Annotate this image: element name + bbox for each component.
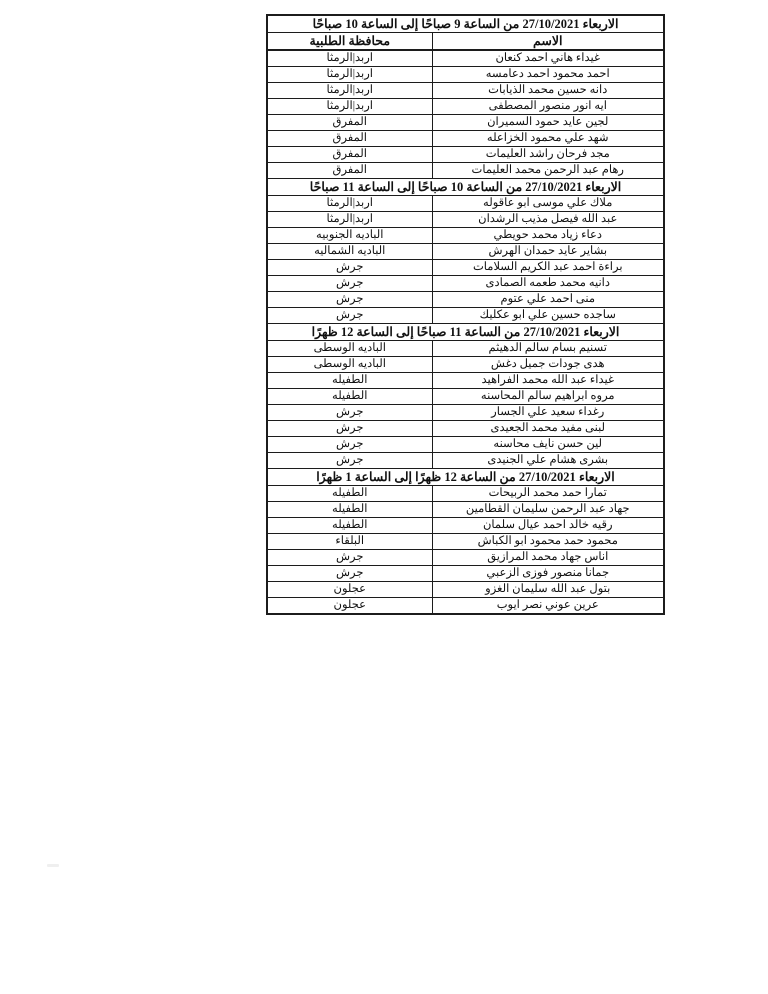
student-governorate: جرش [267,260,432,276]
student-name: عبد الله فيصل مذيب الرشدان [432,212,664,228]
student-governorate: جرش [267,405,432,421]
table-row: دانيه محمد طعمه الصمادىجرش [267,276,664,292]
table-row: عبد الله فيصل مذيب الرشداناربد|الرمثا [267,212,664,228]
section-header-row: الاربعاء 27/10/2021 من الساعة 12 ظهرًا إ… [267,469,664,486]
student-name: لجين عايد حمود السميران [432,115,664,131]
section-header-row: الاربعاء 27/10/2021 من الساعة 11 صباحًا … [267,324,664,341]
student-governorate: عجلون [267,598,432,615]
student-governorate: اربد|الرمثا [267,67,432,83]
student-governorate: الطفيله [267,389,432,405]
student-name: محمود حمد محمود ابو الكباش [432,534,664,550]
student-name: لين حسن نايف محاسنه [432,437,664,453]
student-name: مروه ابراهيم سالم المحاسنه [432,389,664,405]
student-name: دعاء زياد محمد حويطي [432,228,664,244]
student-name: جمانا منصور فوزى الزعبي [432,566,664,582]
table-row: رقيه خالد احمد عيال سلمانالطفيله [267,518,664,534]
column-header-governorate: محافظة الطلبية [267,33,432,51]
table-row: منى احمد علي عتومجرش [267,292,664,308]
student-governorate: جرش [267,308,432,324]
table-row: هدى جودات جميل دغشالباديه الوسطى [267,357,664,373]
table-row: رغداء سعيد علي الجسارجرش [267,405,664,421]
table-row: ايه انور منصور المصطفىاربد|الرمثا [267,99,664,115]
table-row: دانه حسين محمد الذياباتاربد|الرمثا [267,83,664,99]
schedule-table-body: الاربعاء 27/10/2021 من الساعة 9 صباحًا إ… [267,15,664,614]
student-name: اناس جهاد محمد المرازيق [432,550,664,566]
table-row: دعاء زياد محمد حويطيالباديه الجنوبيه [267,228,664,244]
section-header: الاربعاء 27/10/2021 من الساعة 10 صباحًا … [267,179,664,196]
document-page: الاربعاء 27/10/2021 من الساعة 9 صباحًا إ… [0,0,768,994]
column-header-row: الاسممحافظة الطلبية [267,33,664,51]
student-name: دانه حسين محمد الذيابات [432,83,664,99]
student-governorate: المفرق [267,131,432,147]
student-schedule-table: الاربعاء 27/10/2021 من الساعة 9 صباحًا إ… [266,14,665,615]
scan-artifact [47,864,59,867]
student-governorate: الباديه الوسطى [267,357,432,373]
student-governorate: جرش [267,566,432,582]
student-governorate: عجلون [267,582,432,598]
section-header: الاربعاء 27/10/2021 من الساعة 12 ظهرًا إ… [267,469,664,486]
student-name: منى احمد علي عتوم [432,292,664,308]
student-governorate: الباديه الجنوبيه [267,228,432,244]
student-governorate: اربد|الرمثا [267,83,432,99]
table-row: اناس جهاد محمد المرازيقجرش [267,550,664,566]
table-row: ملاك علي موسى ابو عاقولهاربد|الرمثا [267,196,664,212]
student-name: بشرى هشام علي الجنيدى [432,453,664,469]
student-name: جهاد عبد الرحمن سليمان القطامين [432,502,664,518]
student-name: عرين عوني نصر ايوب [432,598,664,615]
student-governorate: الطفيله [267,486,432,502]
table-row: غيداء عبد الله محمد الفراهيدالطفيله [267,373,664,389]
section-header: الاربعاء 27/10/2021 من الساعة 9 صباحًا إ… [267,15,664,33]
student-name: تسنيم بسام سالم الدهيثم [432,341,664,357]
table-row: احمد محمود احمد دعامسهاربد|الرمثا [267,67,664,83]
table-row: تمارا حمد محمد الربيحاتالطفيله [267,486,664,502]
student-name: دانيه محمد طعمه الصمادى [432,276,664,292]
student-name: بشاير عايد حمدان الهرش [432,244,664,260]
student-name: براءة احمد عبد الكريم السلامات [432,260,664,276]
table-row: مروه ابراهيم سالم المحاسنهالطفيله [267,389,664,405]
student-name: ملاك علي موسى ابو عاقوله [432,196,664,212]
table-row: مجد فرحان راشد العليماتالمفرق [267,147,664,163]
student-governorate: جرش [267,276,432,292]
student-name: شهد علي محمود الخزاعله [432,131,664,147]
student-governorate: جرش [267,292,432,308]
table-row: براءة احمد عبد الكريم السلاماتجرش [267,260,664,276]
table-row: لجين عايد حمود السميرانالمفرق [267,115,664,131]
student-name: رغداء سعيد علي الجسار [432,405,664,421]
table-row: جهاد عبد الرحمن سليمان القطامينالطفيله [267,502,664,518]
student-governorate: اربد|الرمثا [267,99,432,115]
table-row: بشاير عايد حمدان الهرشالباديه الشماليه [267,244,664,260]
student-governorate: البلقاء [267,534,432,550]
table-row: بتول عبد الله سليمان الغزوعجلون [267,582,664,598]
student-governorate: الباديه الوسطى [267,341,432,357]
student-name: ايه انور منصور المصطفى [432,99,664,115]
student-name: بتول عبد الله سليمان الغزو [432,582,664,598]
table-row: ساجده حسين علي ابو عكليكجرش [267,308,664,324]
student-governorate: المفرق [267,163,432,179]
student-name: رقيه خالد احمد عيال سلمان [432,518,664,534]
student-governorate: جرش [267,550,432,566]
table-row: عرين عوني نصر ايوبعجلون [267,598,664,615]
student-governorate: اربد|الرمثا [267,196,432,212]
student-name: احمد محمود احمد دعامسه [432,67,664,83]
student-name: غيداء هاني احمد كنعان [432,50,664,67]
table-row: بشرى هشام علي الجنيدىجرش [267,453,664,469]
student-governorate: الطفيله [267,373,432,389]
table-row: محمود حمد محمود ابو الكباشالبلقاء [267,534,664,550]
section-header-row: الاربعاء 27/10/2021 من الساعة 9 صباحًا إ… [267,15,664,33]
table-row: جمانا منصور فوزى الزعبيجرش [267,566,664,582]
student-governorate: جرش [267,421,432,437]
table-row: لبنى مفيد محمد الجعيدىجرش [267,421,664,437]
student-name: ساجده حسين علي ابو عكليك [432,308,664,324]
column-header-name: الاسم [432,33,664,51]
table-row: لين حسن نايف محاسنهجرش [267,437,664,453]
student-name: غيداء عبد الله محمد الفراهيد [432,373,664,389]
student-governorate: جرش [267,437,432,453]
student-governorate: الطفيله [267,518,432,534]
student-name: هدى جودات جميل دغش [432,357,664,373]
student-governorate: اربد|الرمثا [267,50,432,67]
student-name: رهام عبد الرحمن محمد العليمات [432,163,664,179]
student-governorate: الباديه الشماليه [267,244,432,260]
student-name: تمارا حمد محمد الربيحات [432,486,664,502]
student-name: لبنى مفيد محمد الجعيدى [432,421,664,437]
student-governorate: جرش [267,453,432,469]
section-header-row: الاربعاء 27/10/2021 من الساعة 10 صباحًا … [267,179,664,196]
table-row: تسنيم بسام سالم الدهيثمالباديه الوسطى [267,341,664,357]
section-header: الاربعاء 27/10/2021 من الساعة 11 صباحًا … [267,324,664,341]
student-governorate: المفرق [267,147,432,163]
student-governorate: الطفيله [267,502,432,518]
table-row: شهد علي محمود الخزاعلهالمفرق [267,131,664,147]
student-governorate: المفرق [267,115,432,131]
table-row: غيداء هاني احمد كنعاناربد|الرمثا [267,50,664,67]
table-row: رهام عبد الرحمن محمد العليماتالمفرق [267,163,664,179]
student-governorate: اربد|الرمثا [267,212,432,228]
student-name: مجد فرحان راشد العليمات [432,147,664,163]
